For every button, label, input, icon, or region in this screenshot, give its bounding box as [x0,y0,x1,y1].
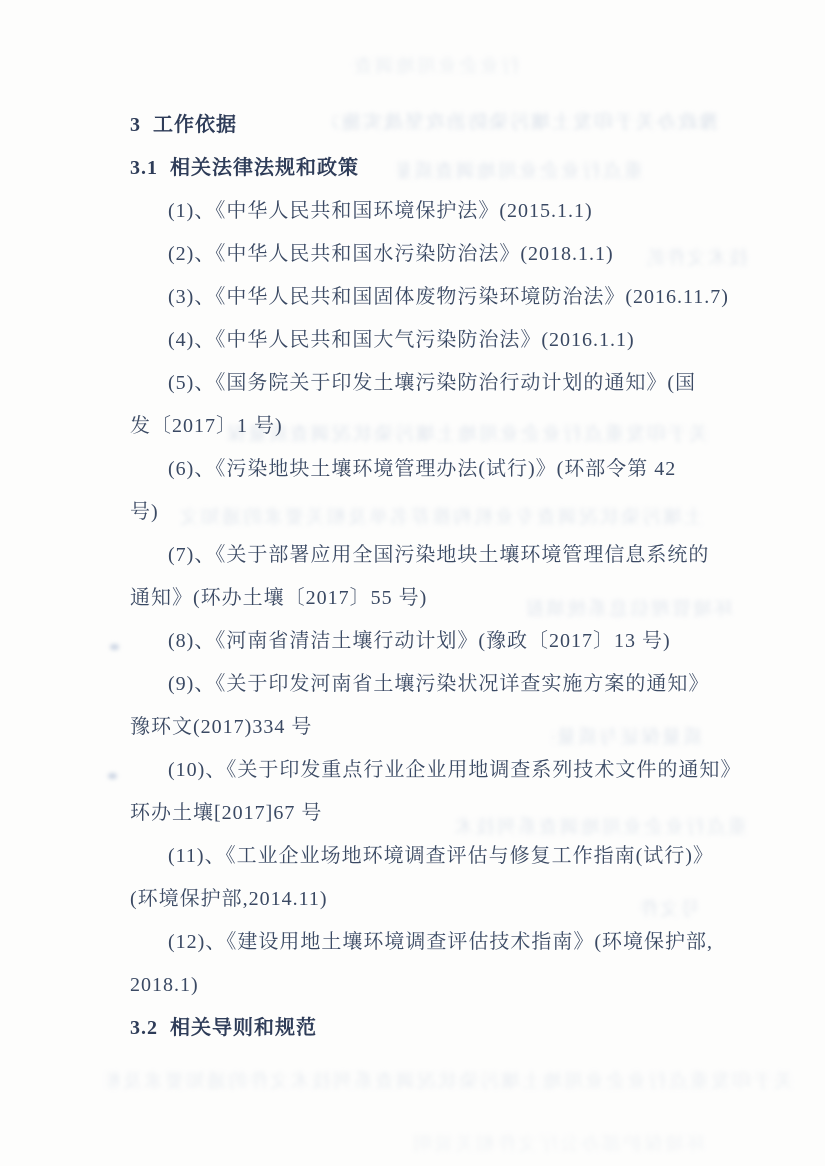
reference-item-9-line-2: 豫环文(2017)334 号 [130,706,755,749]
bleed-through-artifact: 关于印发重点行业企业用地土壤污染状况调查系列技术文件的通知要求及相关部署安排说明 [105,1070,793,1094]
reference-item-7-line-1: (7)、《关于部署应用全国污染地块土壤环境管理信息系统的 [130,534,755,577]
bleed-through-artifact: 环境保护部办公厅文件相关说明 [295,1133,705,1157]
reference-item-4: (4)、《中华人民共和国大气污染防治法》(2016.1.1) [130,319,755,362]
reference-item-11-line-1: (11)、《工业企业场地环境调查评估与修复工作指南(试行)》 [130,835,755,878]
reference-item-1: (1)、《中华人民共和国环境保护法》(2015.1.1) [130,190,755,233]
scan-speck [110,644,119,650]
document-content: 3 工作依据 3.1 相关法律法规和政策 (1)、《中华人民共和国环境保护法》(… [130,104,755,1050]
reference-item-5-line-1: (5)、《国务院关于印发土壤污染防治行动计划的通知》(国 [130,362,755,405]
section-heading: 3 工作依据 [130,104,755,147]
reference-item-2: (2)、《中华人民共和国水污染防治法》(2018.1.1) [130,233,755,276]
scan-speck [108,773,117,779]
reference-item-8: (8)、《河南省清洁土壤行动计划》(豫政〔2017〕13 号) [130,620,755,663]
subsection-heading-3-1: 3.1 相关法律法规和政策 [130,147,755,190]
document-page: 行业企业用地调查信息系统填报 豫政办关于印发土壤污染防治攻坚战实施方案的通知要求… [0,0,825,1166]
reference-item-3: (3)、《中华人民共和国固体废物污染环境防治法》(2016.11.7) [130,276,755,319]
reference-item-5-line-2: 发〔2017〕1 号) [130,405,755,448]
reference-item-6-line-2: 号) [130,491,755,534]
bleed-through-artifact: 行业企业用地调查信息系统填报 [350,55,520,79]
reference-item-11-line-2: (环境保护部,2014.11) [130,878,755,921]
reference-item-10-line-2: 环办土壤[2017]67 号 [130,792,755,835]
reference-item-7-line-2: 通知》(环办土壤〔2017〕55 号) [130,577,755,620]
reference-item-6-line-1: (6)、《污染地块土壤环境管理办法(试行)》(环部令第 42 [130,448,755,491]
reference-item-10-line-1: (10)、《关于印发重点行业企业用地调查系列技术文件的通知》 [130,749,755,792]
subsection-heading-3-2: 3.2 相关导则和规范 [130,1007,755,1050]
reference-item-12-line-2: 2018.1) [130,964,755,1007]
reference-item-12-line-1: (12)、《建设用地土壤环境调查评估技术指南》(环境保护部, [130,921,755,964]
reference-item-9-line-1: (9)、《关于印发河南省土壤污染状况详查实施方案的通知》 [130,663,755,706]
